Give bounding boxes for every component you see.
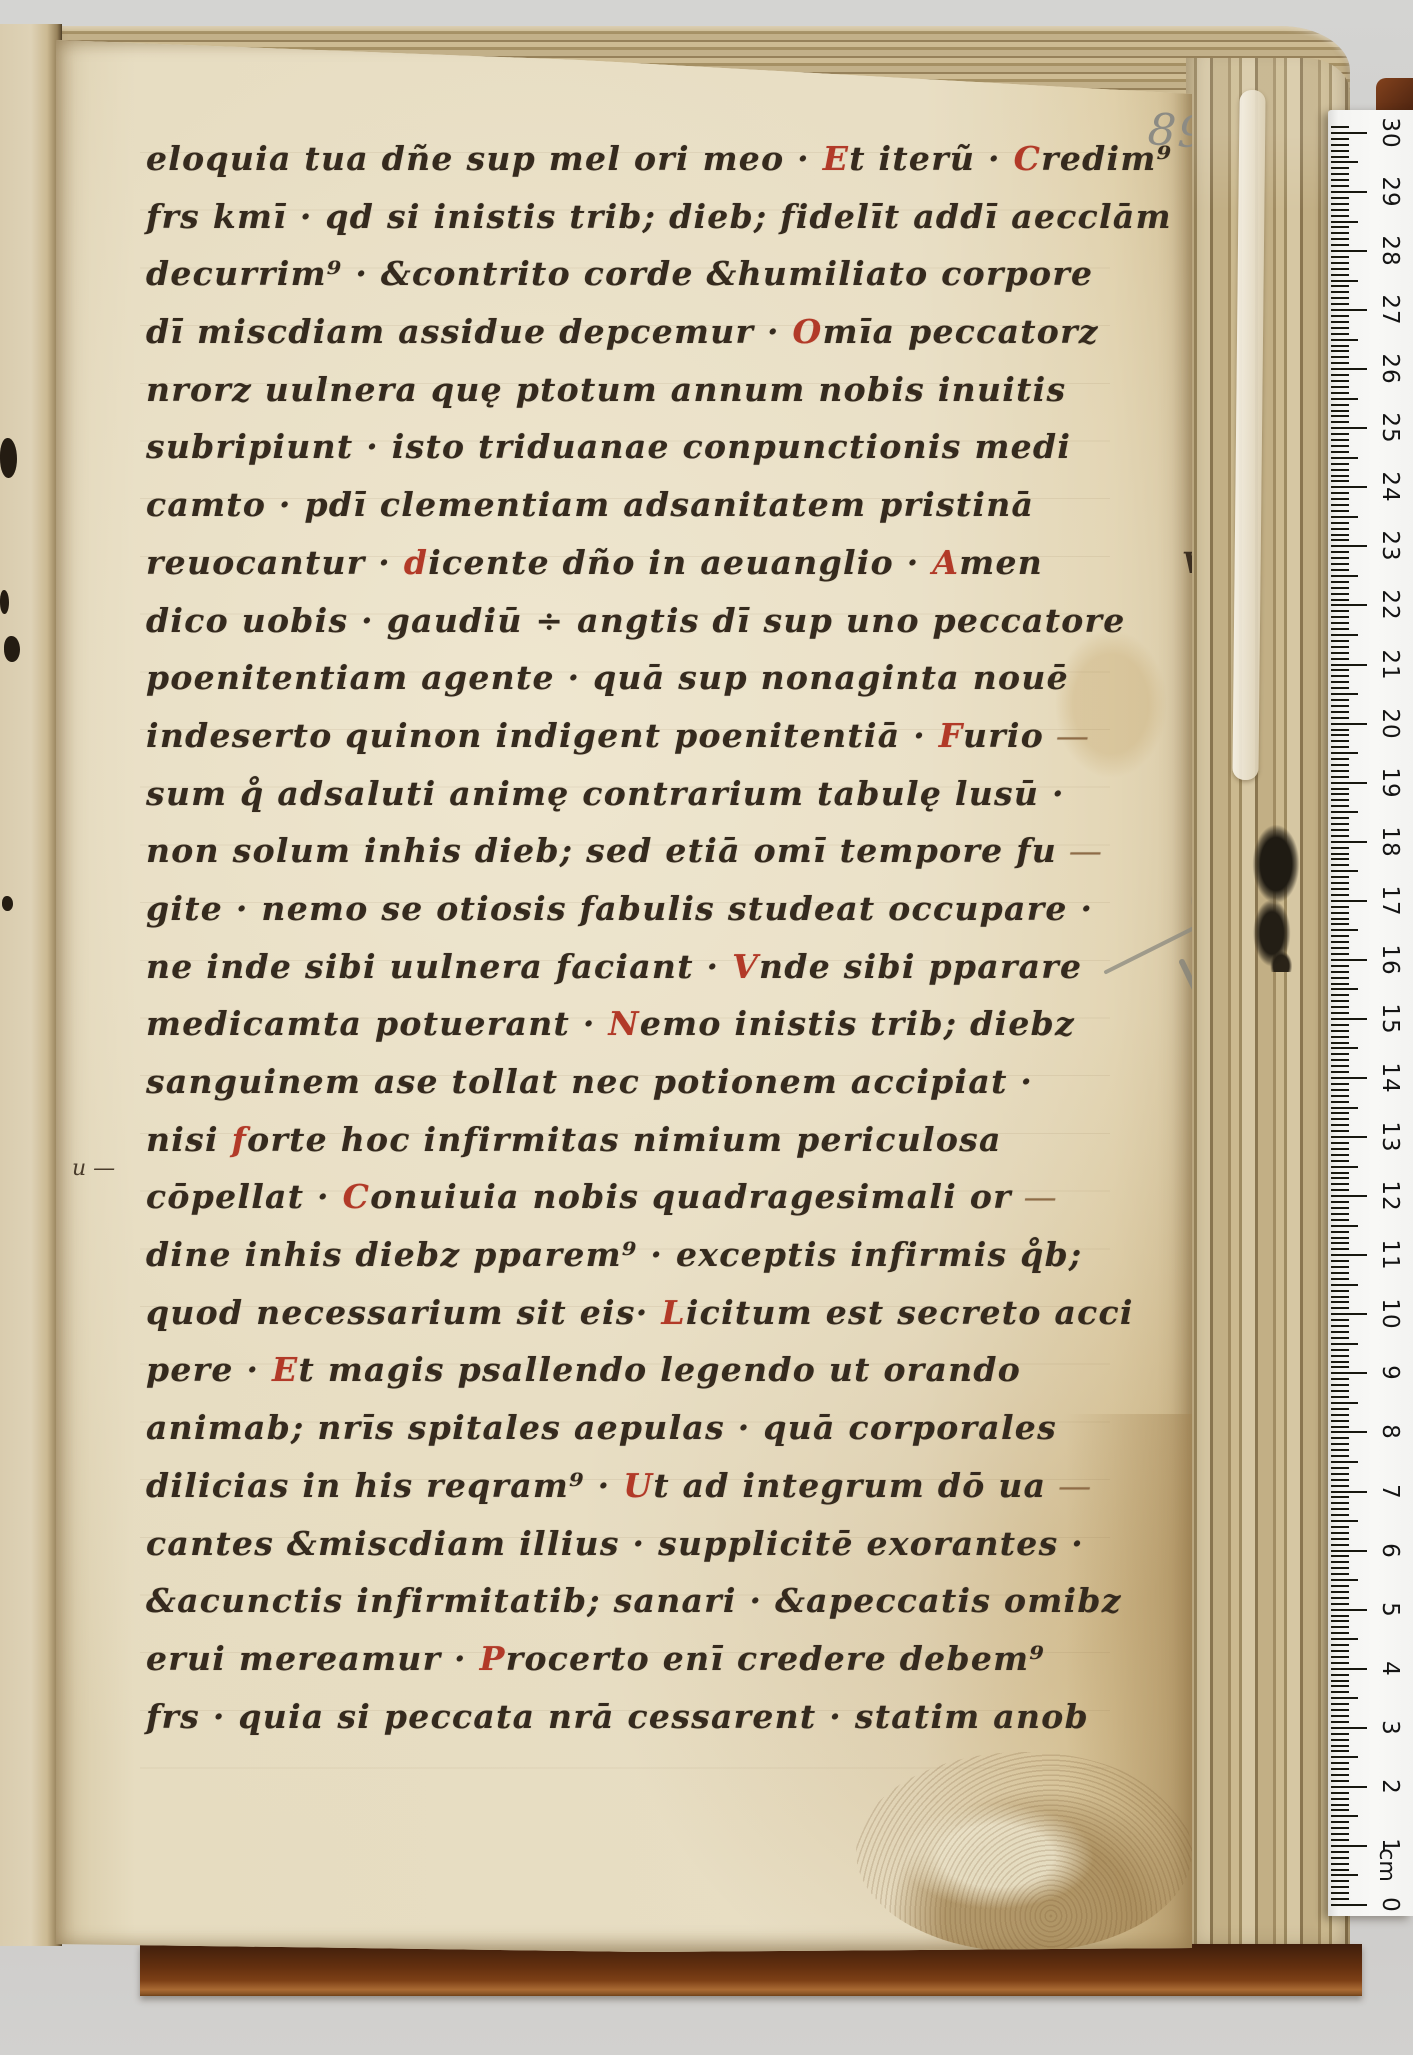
text-segment: non solum inhis dieb; sed etiā omī tempo… (146, 831, 1057, 870)
ruler-tick (1331, 977, 1349, 979)
ruler-tick (1331, 1408, 1349, 1410)
text-segment: eloquia tua dñe sup mel ori meo · (146, 139, 823, 178)
ruler-tick (1331, 221, 1358, 223)
ruler-tick (1331, 770, 1349, 772)
text-line: dine inhis diebz pparem⁹ · exceptis infi… (146, 1226, 1146, 1284)
ruler-tick (1331, 138, 1349, 140)
ruler-tick (1331, 616, 1349, 618)
ruler-tick (1331, 1390, 1349, 1392)
ruler-tick (1331, 1225, 1358, 1227)
ruler-tick (1331, 1461, 1358, 1463)
ruler-tick (1331, 640, 1349, 642)
ruler-tick (1331, 983, 1349, 985)
ruler-tick (1331, 829, 1349, 831)
ruler-tick (1331, 1378, 1349, 1380)
text-segment: icitum est secreto acci (686, 1293, 1134, 1332)
ruler-tick (1331, 717, 1349, 719)
text-line: &acunctis infirmitatib; sanari · &apecca… (146, 1572, 1146, 1630)
text-line: dico uobis · gaudiū ÷ angtis dī sup uno … (146, 592, 1146, 650)
ruler-tick (1331, 1201, 1349, 1203)
ruler-tick (1331, 1420, 1349, 1422)
text-segment: — (1044, 716, 1090, 755)
ruler-tick (1331, 339, 1358, 341)
manuscript-page: eloquia tua dñe sup mel ori meo · Et ite… (56, 34, 1192, 1952)
ruler-tick (1331, 563, 1349, 565)
ruler-tick (1331, 1839, 1349, 1841)
ruler-tick (1331, 1213, 1349, 1215)
measurement-ruler: cm 0123456789101112131415161718192021222… (1328, 110, 1413, 1916)
ruler-tick (1331, 1018, 1367, 1020)
ruler-tick (1331, 1479, 1349, 1481)
ruler-tick (1331, 776, 1349, 778)
text-line: dilicias in his reqram⁹ · Ut ad integrum… (146, 1457, 1146, 1515)
text-line: gite · nemo se otiosis fabulis studeat o… (146, 880, 1146, 938)
ruler-tick (1331, 410, 1349, 412)
ruler-number: 17 (1377, 881, 1403, 921)
ruler-tick (1331, 1874, 1358, 1876)
ruler-tick (1331, 1042, 1349, 1044)
ruler-tick (1331, 847, 1349, 849)
text-line: non solum inhis dieb; sed etiā omī tempo… (146, 822, 1146, 880)
ruler-tick (1331, 1172, 1349, 1174)
text-segment: t magis psallendo legendo ut orando (298, 1350, 1021, 1389)
ruler-tick (1331, 1798, 1349, 1800)
ruler-tick (1331, 1721, 1349, 1723)
ruler-tick (1331, 1384, 1349, 1386)
ruler-tick (1331, 823, 1349, 825)
ruler-tick (1331, 185, 1349, 187)
ruler-tick (1331, 321, 1349, 323)
ruler-tick (1331, 244, 1349, 246)
ruler-tick (1331, 1431, 1367, 1433)
ruler-tick (1331, 1508, 1349, 1510)
text-segment: camto · pdī clementiam adsanitatem prist… (146, 485, 1034, 524)
ruler-tick (1331, 1136, 1367, 1138)
text-line: subripiunt · isto triduanae conpunctioni… (146, 418, 1146, 476)
text-line: frs · quia si peccata nrā cessarent · st… (146, 1688, 1146, 1746)
ink-fragment (4, 636, 20, 662)
ruler-number: 11 (1377, 1235, 1403, 1275)
ruler-tick (1331, 1579, 1358, 1581)
text-segment: — (1046, 1466, 1092, 1505)
ruler-tick (1331, 1526, 1349, 1528)
ruler-tick (1331, 587, 1349, 589)
text-segment: poenitentiam agente · quā sup nonaginta … (146, 658, 1069, 697)
ruler-tick (1331, 557, 1349, 559)
rubric-initial: U (623, 1466, 653, 1505)
ruler-tick (1331, 433, 1349, 435)
manuscript-photograph: eloquia tua dñe sup mel ori meo · Et ite… (0, 0, 1413, 2055)
text-segment: dine inhis diebz pparem⁹ · exceptis infi… (146, 1235, 1082, 1274)
text-segment: indeserto quinon indigent poenitentiā · (146, 716, 939, 755)
ruler-tick (1331, 1231, 1349, 1233)
ruler-tick (1331, 699, 1349, 701)
ruler-tick (1331, 486, 1367, 488)
text-segment: quod necessarium sit eis· (146, 1293, 661, 1332)
ruler-tick (1331, 291, 1349, 293)
ruler-tick (1331, 758, 1349, 760)
ruler-tick (1331, 1733, 1349, 1735)
ruler-tick (1331, 1124, 1349, 1126)
ink-fragment (0, 438, 17, 478)
ruler-tick (1331, 1278, 1349, 1280)
ruler-tick (1331, 1266, 1349, 1268)
text-line: eloquia tua dñe sup mel ori meo · Et ite… (146, 130, 1146, 188)
text-segment: dico uobis · gaudiū ÷ angtis dī sup uno … (146, 601, 1126, 640)
rubric-initial: d (404, 543, 428, 582)
text-segment: sum q̊ adsaluti animę contrarium tabulę … (146, 774, 1065, 813)
rubric-initial: E (823, 139, 849, 178)
ruler-tick (1331, 333, 1349, 335)
ruler-tick (1331, 1426, 1349, 1428)
ruler-tick (1331, 1083, 1349, 1085)
text-segment: t iterũ · (849, 139, 1013, 178)
ruler-tick (1331, 1703, 1349, 1705)
ruler-tick (1331, 1414, 1349, 1416)
text-segment: nrorz uulnera quę ptotum annum nobis inu… (146, 370, 1066, 409)
ruler-tick (1331, 173, 1349, 175)
text-segment: sanguinem ase tollat nec potionem accipi… (146, 1062, 1033, 1101)
ruler-tick (1331, 1443, 1349, 1445)
text-segment: emo inistis trib; diebz (640, 1004, 1075, 1043)
ruler-number: 22 (1377, 585, 1403, 625)
ruler-tick (1331, 746, 1349, 748)
ruler-tick (1331, 1609, 1367, 1611)
ruler-tick (1331, 912, 1349, 914)
ruler-number: 3 (1377, 1708, 1403, 1748)
ruler-tick (1331, 752, 1358, 754)
ruler-tick (1331, 475, 1349, 477)
ruler-tick (1331, 1786, 1367, 1788)
ruler-tick (1331, 918, 1349, 920)
ruler-tick (1331, 215, 1349, 217)
ruler-tick (1331, 1697, 1358, 1699)
ruler-tick (1331, 250, 1367, 252)
rubric-initial: P (480, 1639, 506, 1678)
ruler-tick (1331, 209, 1349, 211)
ruler-tick (1331, 1886, 1349, 1888)
ruler-tick (1331, 1691, 1349, 1693)
text-segment: &acunctis infirmitatib; sanari · &apecca… (146, 1581, 1122, 1620)
ruler-tick (1331, 1739, 1349, 1741)
ruler-number: 1 (1377, 1826, 1403, 1866)
ruler-tick (1331, 864, 1349, 866)
ruler-tick (1331, 368, 1367, 370)
text-line: ne inde sibi uulnera faciant · Vnde sibi… (146, 938, 1146, 996)
ruler-tick (1331, 900, 1367, 902)
ruler-tick (1331, 380, 1349, 382)
ruler-tick (1331, 805, 1349, 807)
text-segment: medicamta potuerant · (146, 1004, 608, 1043)
ruler-tick (1331, 1626, 1349, 1628)
ruler-tick (1331, 161, 1358, 163)
text-line: nrorz uulnera quę ptotum annum nobis inu… (146, 361, 1146, 419)
ruler-tick (1331, 1101, 1349, 1103)
ruler-tick (1331, 593, 1349, 595)
ruler-tick (1331, 817, 1349, 819)
ruler-tick (1331, 1355, 1349, 1357)
ruler-tick (1331, 1089, 1349, 1091)
ruler-tick (1331, 1189, 1349, 1191)
ruler-tick (1331, 1219, 1349, 1221)
facing-page-edge (0, 24, 62, 1946)
ruler-tick (1331, 1863, 1349, 1865)
ruler-tick (1331, 965, 1349, 967)
ruler-tick (1331, 1567, 1349, 1569)
text-segment: erui mereamur · (146, 1639, 480, 1678)
ruler-number: 25 (1377, 408, 1403, 448)
ruler-tick (1331, 551, 1349, 553)
ruler-tick (1331, 1183, 1349, 1185)
ruler-tick (1331, 510, 1349, 512)
text-line: decurrim⁹ · &contrito corde &humiliato c… (146, 245, 1146, 303)
book-cover-corner (1376, 78, 1413, 114)
ruler-tick (1331, 1904, 1367, 1906)
rubric-initial: C (343, 1177, 371, 1216)
ruler-tick (1331, 1337, 1349, 1339)
ruler-tick (1331, 1307, 1349, 1309)
ruler-tick (1331, 729, 1349, 731)
ruler-tick (1331, 1053, 1349, 1055)
ruler-tick (1331, 941, 1349, 943)
rubric-initial: A (932, 543, 959, 582)
ruler-tick (1331, 634, 1358, 636)
ruler-number: 0 (1377, 1885, 1403, 1925)
ruler-tick (1331, 923, 1349, 925)
ruler-tick (1331, 274, 1349, 276)
ruler-tick (1331, 167, 1349, 169)
ruler-tick (1331, 516, 1358, 518)
ruler-tick (1331, 327, 1349, 329)
ruler-tick (1331, 469, 1349, 471)
ruler-tick (1331, 280, 1358, 282)
ruler-tick (1331, 445, 1349, 447)
rubric-initial: N (608, 1004, 639, 1043)
ruler-tick (1331, 841, 1367, 843)
text-segment: animab; nrīs spitales aepulas · quā corp… (146, 1408, 1057, 1447)
ruler-tick (1331, 262, 1349, 264)
ruler-number: 30 (1377, 113, 1403, 153)
ruler-number: 6 (1377, 1531, 1403, 1571)
ruler-tick (1331, 1372, 1367, 1374)
ruler-tick (1331, 1496, 1349, 1498)
ruler-tick (1331, 1756, 1358, 1758)
ruler-tick (1331, 1603, 1349, 1605)
ruler-tick (1331, 947, 1349, 949)
text-segment: dī miscdiam assidue depcemur · (146, 312, 793, 351)
text-line: indeserto quinon indigent poenitentiā · … (146, 707, 1146, 765)
ruler-tick (1331, 498, 1349, 500)
ruler-tick (1331, 256, 1349, 258)
ruler-tick (1331, 1349, 1349, 1351)
ruler-tick (1331, 392, 1349, 394)
ruler-tick (1331, 1514, 1349, 1516)
ruler-tick (1331, 1491, 1367, 1493)
text-segment: cantes &miscdiam illius · supplicitē exo… (146, 1524, 1084, 1563)
ruler-tick (1331, 971, 1349, 973)
ruler-tick (1331, 1006, 1349, 1008)
text-line: nisi forte hoc infirmitas nimium pericul… (146, 1111, 1146, 1169)
ruler-tick (1331, 1112, 1349, 1114)
margin-note: u — (72, 1156, 115, 1181)
ruler-tick (1331, 421, 1349, 423)
ruler-tick (1331, 362, 1349, 364)
ruler-tick (1331, 451, 1349, 453)
ruler-tick (1331, 1668, 1367, 1670)
ruler-tick (1331, 545, 1367, 547)
ruler-tick (1331, 1142, 1349, 1144)
ink-fragment (2, 896, 13, 911)
text-line: pere · Et magis psallendo legendo ut ora… (146, 1341, 1146, 1399)
ruler-tick (1331, 1869, 1349, 1871)
ruler-tick (1331, 1768, 1349, 1770)
ruler-number: 10 (1377, 1294, 1403, 1334)
ruler-tick (1331, 1827, 1349, 1829)
ruler-tick (1331, 1762, 1349, 1764)
ruler-tick (1331, 1254, 1367, 1256)
text-segment: nde sibi pparare (759, 947, 1082, 986)
rubric-initial: V (732, 947, 759, 986)
ruler-tick (1331, 1851, 1349, 1853)
ruler-tick (1331, 988, 1358, 990)
ruler-tick (1331, 1325, 1349, 1327)
ruler-tick (1331, 681, 1349, 683)
ruler-tick (1331, 150, 1349, 152)
ruler-tick (1331, 1880, 1349, 1882)
ruler-tick (1331, 929, 1358, 931)
text-line: reuocantur · dicente dño in aeuanglio · … (146, 534, 1146, 592)
ruler-tick (1331, 1000, 1349, 1002)
ruler-tick (1331, 734, 1349, 736)
text-segment: subripiunt · isto triduanae conpunctioni… (146, 427, 1071, 466)
ruler-tick (1331, 876, 1349, 878)
ruler-tick (1331, 415, 1349, 417)
ruler-tick (1331, 1561, 1349, 1563)
ruler-tick (1331, 1597, 1349, 1599)
ruler-tick (1331, 1047, 1358, 1049)
ruler-number: 29 (1377, 172, 1403, 212)
ruler-number: 14 (1377, 1058, 1403, 1098)
ruler-tick (1331, 1361, 1349, 1363)
ruler-tick (1331, 144, 1349, 146)
ruler-number: 7 (1377, 1472, 1403, 1512)
ruler-number: 2 (1377, 1767, 1403, 1807)
ruler-tick (1331, 1809, 1349, 1811)
ruler-tick (1331, 1437, 1349, 1439)
book-cover-bottom (140, 1944, 1362, 1996)
ruler-tick (1331, 1585, 1349, 1587)
ruler-tick (1331, 1313, 1367, 1315)
ruler-tick (1331, 1662, 1349, 1664)
text-segment: — (1012, 1177, 1058, 1216)
ruler-tick (1331, 599, 1349, 601)
ruler-number: 26 (1377, 349, 1403, 389)
ruler-tick (1331, 723, 1367, 725)
ruler-tick (1331, 853, 1349, 855)
ruler-tick (1331, 1248, 1349, 1250)
ruler-tick (1331, 622, 1349, 624)
ruler-tick (1331, 1780, 1349, 1782)
text-segment: ne inde sibi uulnera faciant · (146, 947, 732, 986)
ruler-tick (1331, 1396, 1349, 1398)
ruler-tick (1331, 581, 1349, 583)
ruler-tick (1331, 1195, 1367, 1197)
ruler-number: 16 (1377, 940, 1403, 980)
ruler-tick (1331, 1290, 1349, 1292)
ruler-tick (1331, 1656, 1349, 1658)
ruler-tick (1331, 439, 1349, 441)
ruler-tick (1331, 1650, 1349, 1652)
text-segment: reuocantur · (146, 543, 404, 582)
ruler-tick (1331, 427, 1367, 429)
text-line: animab; nrīs spitales aepulas · quā corp… (146, 1399, 1146, 1457)
manuscript-text-block: eloquia tua dñe sup mel ori meo · Et ite… (146, 130, 1146, 1745)
ruler-tick (1331, 669, 1349, 671)
ruler-tick (1331, 268, 1349, 270)
ruler-tick (1331, 1455, 1349, 1457)
ruler-tick (1331, 628, 1349, 630)
text-segment: frs · quia si peccata nrā cessarent · st… (146, 1697, 1089, 1736)
ruler-tick (1331, 1077, 1367, 1079)
ruler-tick (1331, 156, 1349, 158)
ruler-tick (1331, 1030, 1349, 1032)
text-line: camto · pdī clementiam adsanitatem prist… (146, 476, 1146, 534)
ruler-tick (1331, 799, 1349, 801)
ruler-tick (1331, 1343, 1358, 1345)
ruler-number: 4 (1377, 1649, 1403, 1689)
ruler-tick (1331, 1532, 1349, 1534)
text-line: dī miscdiam assidue depcemur · Omīa pecc… (146, 303, 1146, 361)
text-segment: gite · nemo se otiosis fabulis studeat o… (146, 889, 1093, 928)
ruler-tick (1331, 1148, 1349, 1150)
ruler-tick (1331, 658, 1349, 660)
text-segment: frs kmī · qd si inistis trib; dieb; fide… (146, 197, 1172, 236)
ruler-number: 27 (1377, 290, 1403, 330)
ruler-tick (1331, 1301, 1349, 1303)
ruler-tick (1331, 1012, 1349, 1014)
ruler-number: 20 (1377, 704, 1403, 744)
ruler-tick (1331, 1538, 1349, 1540)
ruler-tick (1331, 693, 1358, 695)
text-line: sum q̊ adsaluti animę contrarium tabulę … (146, 765, 1146, 823)
ruler-tick (1331, 1402, 1358, 1404)
ruler-tick (1331, 888, 1349, 890)
rubric-initial: L (661, 1293, 686, 1332)
ruler-tick (1331, 386, 1349, 388)
ruler-number: 5 (1377, 1590, 1403, 1630)
ruler-tick (1331, 906, 1349, 908)
ruler-tick (1331, 1284, 1358, 1286)
ruler-tick (1331, 1065, 1349, 1067)
ruler-tick (1331, 1272, 1349, 1274)
ruler-tick (1331, 1674, 1349, 1676)
ruler-tick (1331, 463, 1349, 465)
ruler-tick (1331, 1473, 1349, 1475)
ruler-tick (1331, 1237, 1349, 1239)
ruler-tick (1331, 1118, 1349, 1120)
fore-edge-ink-blotch (1250, 822, 1302, 972)
text-segment: rocerto enī credere debem⁹ (506, 1639, 1045, 1678)
text-segment: cōpellat · (146, 1177, 343, 1216)
text-segment: t ad integrum dō ua (653, 1466, 1046, 1505)
ruler-tick (1331, 788, 1349, 790)
rubric-initial: C (1014, 139, 1042, 178)
ruler-tick (1331, 226, 1349, 228)
ruler-tick (1331, 404, 1349, 406)
parchment-stain (856, 1752, 1192, 1952)
ruler-tick (1331, 953, 1349, 955)
ruler-tick (1331, 1620, 1349, 1622)
